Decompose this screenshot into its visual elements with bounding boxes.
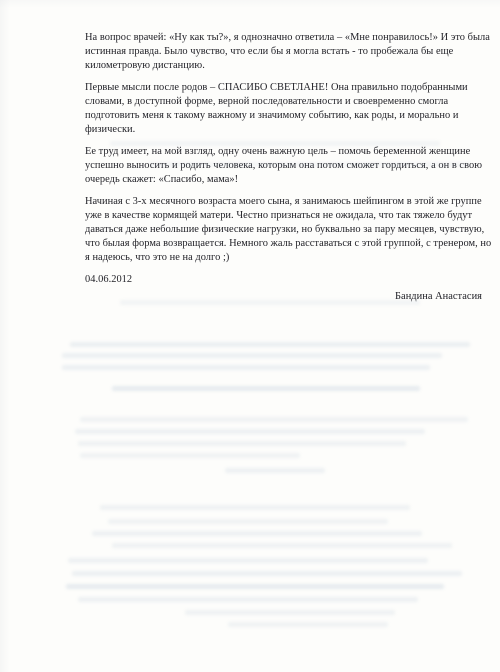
letter-body: На вопрос врачей: «Ну как ты?», я однозн… <box>85 31 482 304</box>
text-line: Ее труд имеет, на мой взгляд, одну очень… <box>85 145 482 159</box>
bleed-through-line <box>80 453 300 458</box>
text-line: физически. <box>85 123 482 137</box>
letter-date: 04.06.2012 <box>85 273 482 287</box>
bleed-through-line <box>112 543 452 548</box>
paragraph-thanks-svetlana: Первые мысли после родов – СПАСИБО СВЕТЛ… <box>85 81 482 137</box>
bleed-through-line <box>68 558 428 563</box>
bleed-through-line <box>120 300 420 305</box>
bleed-through-line <box>112 386 420 391</box>
text-line: даваться даже небольшие физические нагру… <box>85 223 482 237</box>
bleed-through-line <box>62 353 442 358</box>
bleed-through-line <box>92 531 422 536</box>
bleed-through-line <box>75 429 425 434</box>
bleed-through-line <box>228 622 388 627</box>
bleed-through-line <box>78 597 418 602</box>
bleed-through-line <box>80 417 468 422</box>
bleed-through-line <box>62 365 430 370</box>
text-line: подготовить меня к такому важному и знач… <box>85 109 482 123</box>
bleed-through-line <box>78 441 406 446</box>
paragraph-doctors-question: На вопрос врачей: «Ну как ты?», я однозн… <box>85 31 482 73</box>
text-line: словами, в доступной форме, верной после… <box>85 95 482 109</box>
text-line: Начиная с 3-х месячного возраста моего с… <box>85 195 482 209</box>
bleed-through-line <box>66 584 444 589</box>
text-line: На вопрос врачей: «Ну как ты?», я однозн… <box>85 31 482 45</box>
text-line: истинная правда. Было чувство, что если … <box>85 45 482 59</box>
bleed-through-line <box>110 141 440 146</box>
text-line: что былая форма возвращается. Немного жа… <box>85 237 482 251</box>
bleed-through-line <box>185 610 395 615</box>
bleed-through-line <box>150 162 470 167</box>
bleed-through-line <box>108 519 388 524</box>
text-line: километровую дистанцию. <box>85 59 482 73</box>
text-line: я надеюсь, что это не на долго ;) <box>85 251 482 265</box>
text-line: Первые мысли после родов – СПАСИБО СВЕТЛ… <box>85 81 482 95</box>
bleed-through-line <box>225 468 325 473</box>
scanned-letter-page: На вопрос врачей: «Ну как ты?», я однозн… <box>0 0 500 672</box>
text-line: очередь скажет: «Спасибо, мама»! <box>85 173 482 187</box>
bleed-through-line <box>72 571 462 576</box>
text-line: уже в качестве кормящей матери. Честно п… <box>85 209 482 223</box>
bleed-through-line <box>100 505 410 510</box>
bleed-through-line <box>70 342 470 347</box>
paragraph-shaping-after-birth: Начиная с 3-х месячного возраста моего с… <box>85 195 482 265</box>
